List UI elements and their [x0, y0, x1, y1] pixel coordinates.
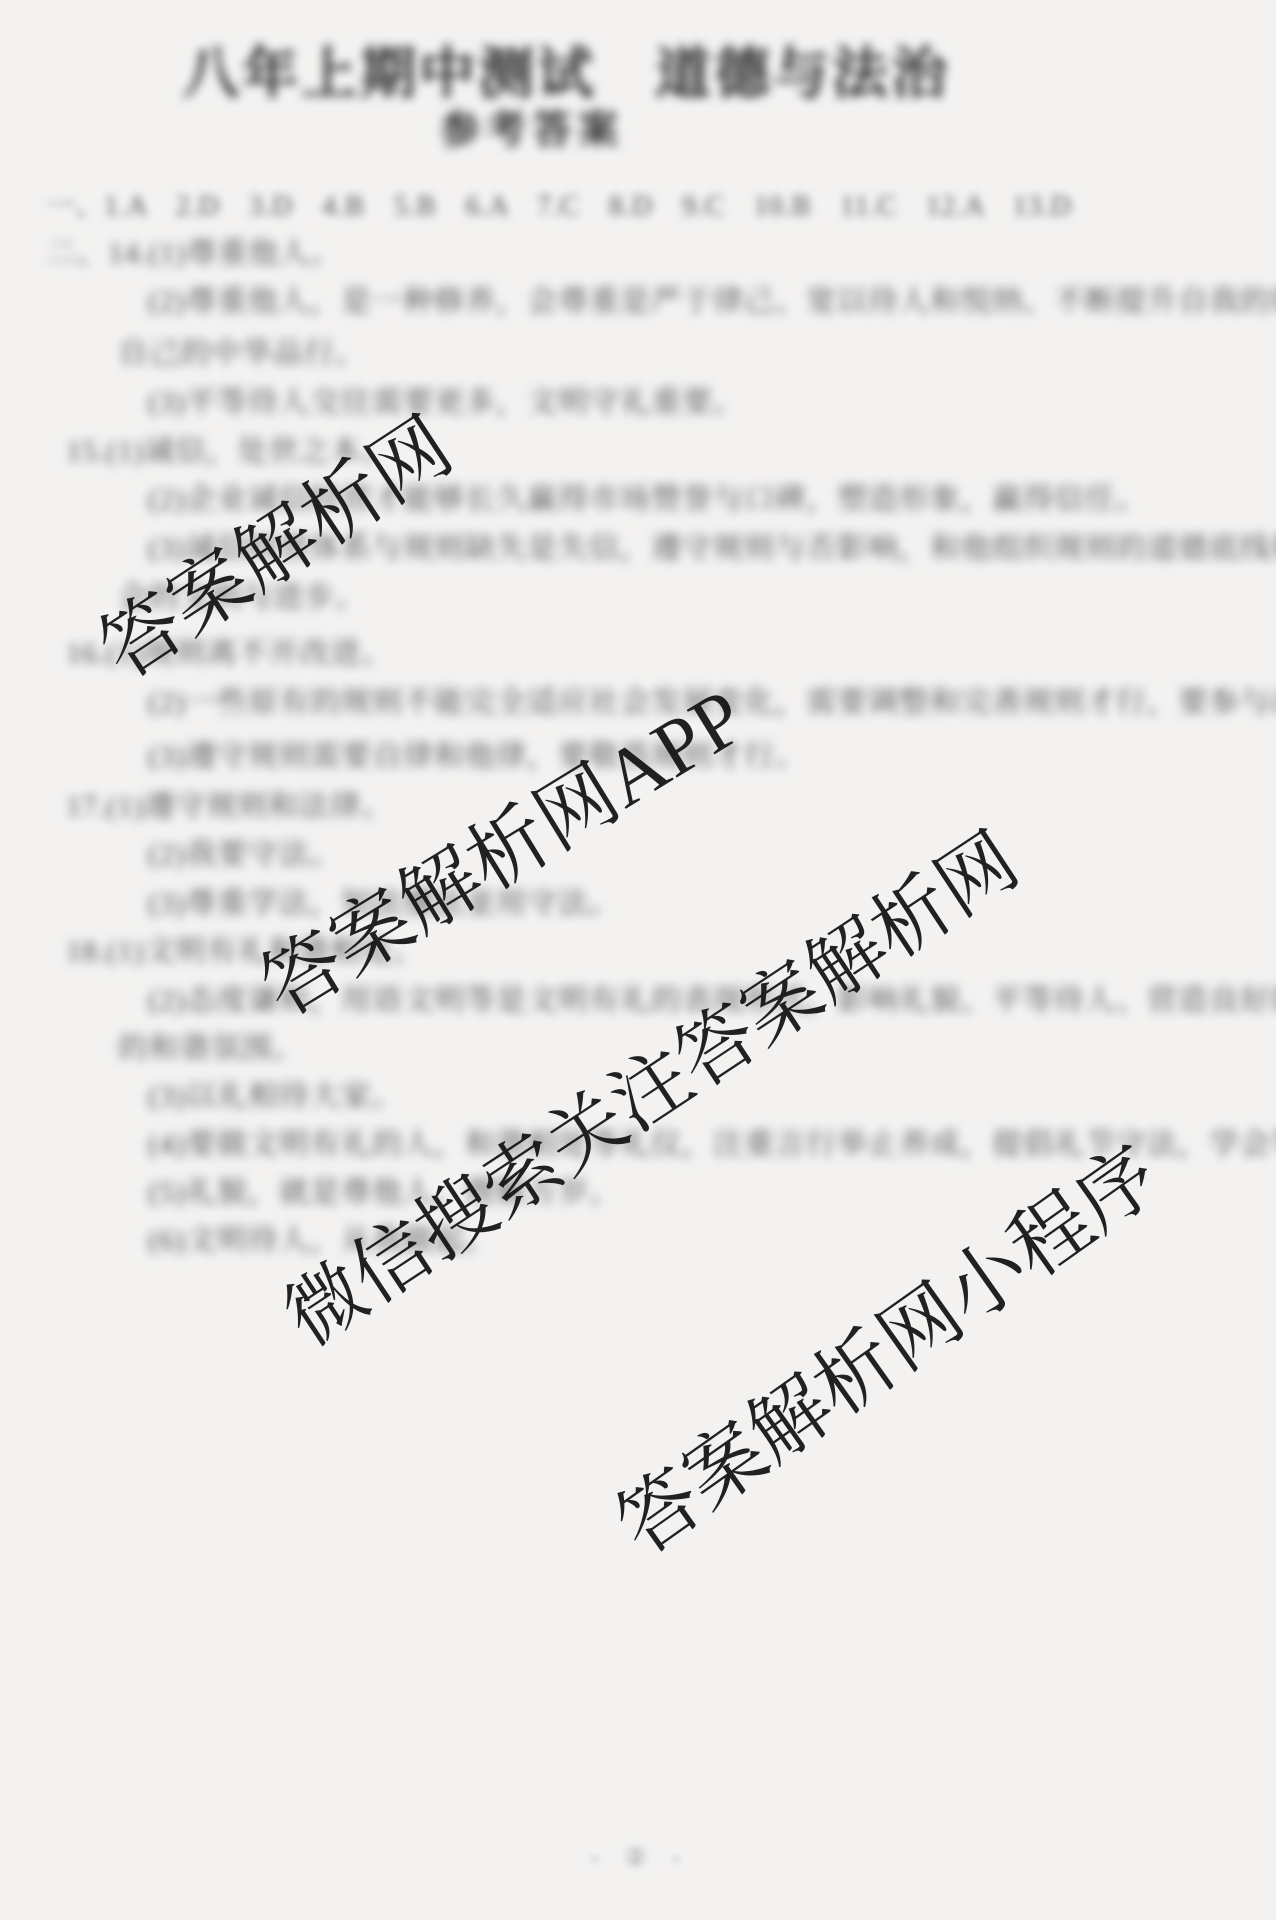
answer-line: (2)尊重他人，是一种修养，会尊重是严于律己、宽以待人和悦纳、不断提升自我的好品… [148, 276, 1276, 320]
answer-line: 自己的中华品行。 [118, 328, 366, 372]
watermark-miniprogram: 答案解析网小程序 [590, 1112, 1179, 1576]
document-page: 八年上期中测试 道德与法治 参考答案 一、1.A 2.D 3.D 4.B 5.B… [0, 0, 1276, 1920]
answer-line: 的和谐氛围。 [118, 1023, 304, 1067]
answer-line: (2)我要守法。 [148, 829, 341, 873]
answer-line: 二、14.(1)尊重他人。 [46, 228, 341, 272]
multiple-choice-answer-row: 一、1.A 2.D 3.D 4.B 5.B 6.A 7.C 8.D 9.C 10… [46, 184, 1072, 224]
answer-line: (3)平等待人交往需要更多，文明守礼重要。 [148, 377, 744, 421]
answer-line: 17.(1)遵守规则和法律。 [66, 781, 392, 825]
reference-answers-heading: 参考答案 [440, 98, 624, 155]
answer-line: (3)以礼相待大家。 [148, 1071, 403, 1115]
page-number: - ② - [553, 1843, 728, 1872]
